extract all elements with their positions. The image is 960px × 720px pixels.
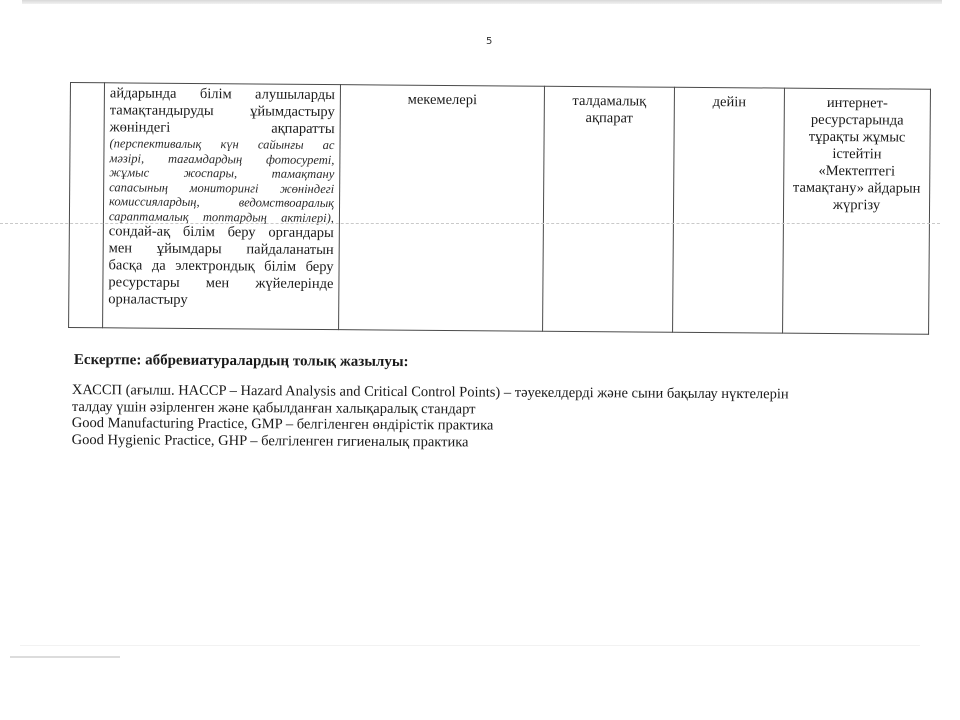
text-line: «Мектептегі — [789, 163, 924, 181]
cell-result: интернет- ресурстарында тұрақты жұмыс іс… — [783, 88, 931, 334]
note-heading: Ескертпе: аббревиатуралардың толық жазыл… — [74, 352, 409, 371]
text-line: жөніндегі ақпаратты — [110, 119, 335, 138]
cell-form: талдамалық ақпарат — [543, 86, 675, 332]
cell-institutions: мекемелері — [339, 85, 545, 332]
table-row: айдарында білім алушыларды тамақтандыруд… — [69, 83, 931, 335]
text-line: талдамалық — [550, 93, 669, 111]
text-line-italic: комиссиялардың, ведомствоаралық — [109, 194, 334, 210]
text-line: ақпарат — [550, 110, 669, 128]
text-line: жүргізу — [789, 197, 924, 215]
abbreviation-notes: ХАССП (ағылш. HACCP – Hazard Analysis an… — [72, 382, 922, 453]
text-line: басқа да электрондық білім беру — [108, 257, 333, 276]
text-line: айдарында білім алушыларды — [110, 85, 335, 104]
text-line: интернет- — [790, 95, 925, 113]
text-line: тамақтану» айдарын — [789, 180, 924, 198]
text-line: орналастыру — [108, 291, 333, 310]
text-line: ресурстары мен жүйелерінде — [108, 274, 333, 293]
scan-edge-top — [22, 0, 942, 4]
text-line-italic: жұмыс жоспары, тамақтану — [109, 165, 334, 181]
cell-description: айдарында білім алушыларды тамақтандыруд… — [103, 83, 341, 330]
text-line: істейтін — [789, 146, 924, 164]
page-number: 5 — [486, 36, 492, 47]
cell-deadline: дейін — [673, 87, 785, 333]
text-line-italic: (перспективалық күн сайынғы ас — [109, 136, 334, 152]
text-line: мен ұйымдары пайдаланатын — [109, 240, 334, 259]
text-line: ресурстарында — [790, 112, 925, 130]
text-line: тұрақты жұмыс — [790, 129, 925, 147]
cell-index — [69, 83, 105, 328]
scan-artifact — [20, 645, 920, 646]
scan-artifact — [10, 656, 120, 658]
document-table: айдарында білім алушыларды тамақтандыруд… — [68, 82, 930, 335]
text-line: сондай-ақ білім беру органдары — [109, 223, 334, 242]
text-line: тамақтандыруды ұйымдастыру — [110, 102, 335, 121]
